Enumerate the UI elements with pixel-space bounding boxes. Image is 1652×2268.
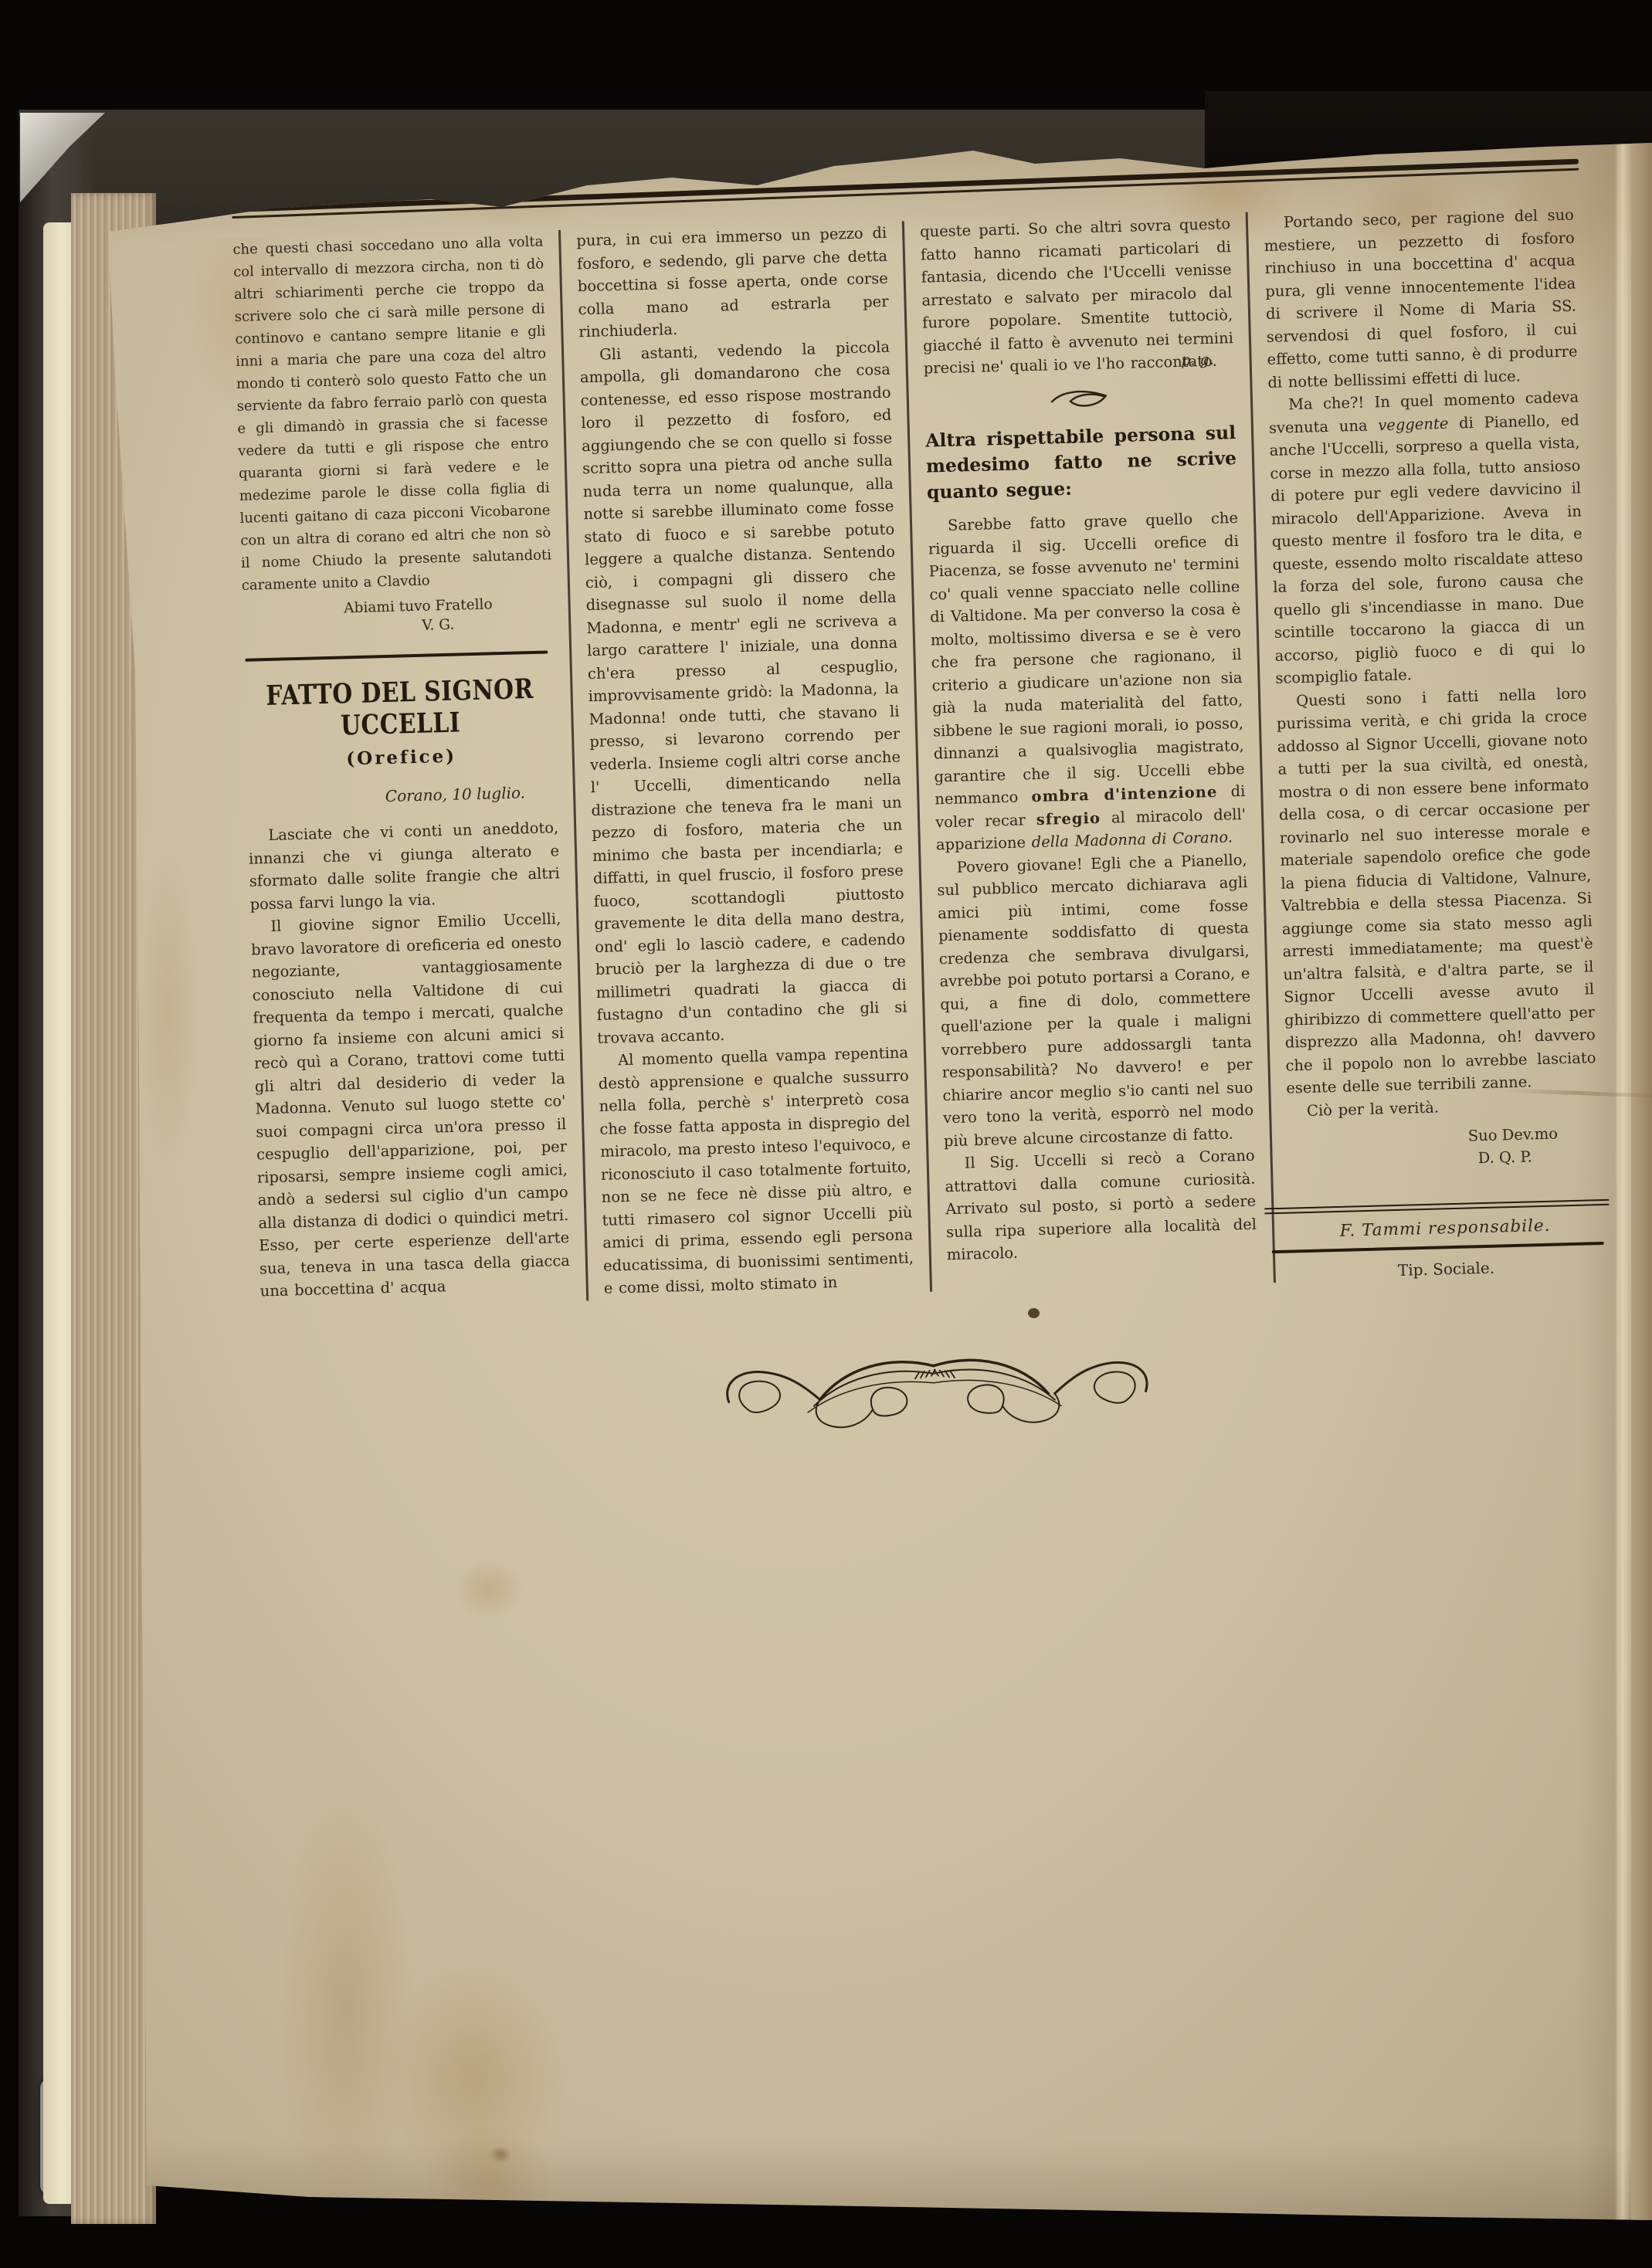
paragraph: Il giovine signor Emilio Uccelli, bravo … xyxy=(250,907,571,1303)
adjacent-page-edge xyxy=(1631,130,1652,2232)
column-1: che questi chasi soccedano uno alla volt… xyxy=(232,230,571,1309)
printed-content: che questi chasi soccedano uno alla volt… xyxy=(232,171,1613,1479)
paragraph: Gli astanti, vedendo la piccola ampolla,… xyxy=(579,335,908,1049)
paragraph: Portando seco, per ragione del suo mesti… xyxy=(1264,204,1579,394)
footer-double-rule xyxy=(1264,1199,1609,1215)
bold-phrase: ombra d'intenzione xyxy=(1031,783,1217,805)
paragraph: Questi sono i fatti nella loro purissima… xyxy=(1276,682,1597,1100)
italic-phrase: veggente xyxy=(1378,414,1449,433)
column-4: Portando seco, per ragione del suo mesti… xyxy=(1246,204,1602,1283)
dateline: Corano, 10 luglio. xyxy=(247,782,558,809)
bottom-edge-shading xyxy=(91,2139,1652,2232)
paragraph: Al momento quella vampa repentina destò … xyxy=(598,1041,914,1300)
article-subtitle: (Orefice) xyxy=(246,743,557,772)
squiggle-ornament xyxy=(924,383,1236,418)
section-heading: Altra rispettabile persona sul medesimo … xyxy=(925,420,1237,506)
paragraph: che questi chasi soccedano uno alla volt… xyxy=(232,230,552,596)
responsible-editor-line: F. Tammi responsabile. xyxy=(1290,1215,1601,1242)
footer-single-rule xyxy=(1272,1242,1604,1253)
column-3: queste parti. So che altri sovra questo … xyxy=(902,212,1258,1291)
paragraph: Ma che?! In quel momento cadeva svenuta … xyxy=(1268,385,1586,690)
column-layout: che questi chasi soccedano uno alla volt… xyxy=(232,203,1608,1309)
column-2: pura, in cui era immerso un pezzo di fos… xyxy=(558,222,914,1300)
section-rule xyxy=(245,650,548,661)
book-photograph: che questi chasi soccedano uno alla volt… xyxy=(0,0,1652,2268)
paragraph: Sarebbe fatto grave quello che riguarda … xyxy=(928,507,1247,856)
page-fold-highlight xyxy=(1614,130,1631,2232)
signature-initials: D. Q. P. xyxy=(1288,1146,1599,1172)
signature-line: Suo Dev.mo xyxy=(1287,1124,1598,1150)
text-run: Sarebbe fatto grave quello che riguarda … xyxy=(928,509,1245,808)
flourish-ornament xyxy=(262,1324,1612,1479)
article-title: FATTO DEL SIGNOR UCCELLI xyxy=(250,673,550,744)
paragraph: Povero giovane! Egli che a Pianello, sul… xyxy=(936,848,1254,1152)
newspaper-page: che questi chasi soccedano uno alla volt… xyxy=(91,130,1652,2232)
paragraph: Il Sig. Uccelli si recò a Corano attratt… xyxy=(944,1144,1257,1266)
italic-phrase: della Madonna di Corano. xyxy=(1031,828,1233,851)
stain-blob xyxy=(454,1558,524,1620)
stain-blob xyxy=(137,848,199,1172)
bold-phrase: sfregio xyxy=(1036,809,1101,828)
paragraph: pura, in cui era immerso un pezzo di fos… xyxy=(576,222,890,344)
paragraph: Lasciate che vi conti un aneddoto, innan… xyxy=(248,816,561,915)
text-run: di Pianello, ed anche l'Uccelli, sorpres… xyxy=(1269,411,1585,687)
printer-line: Tip. Sociale. xyxy=(1291,1256,1601,1283)
